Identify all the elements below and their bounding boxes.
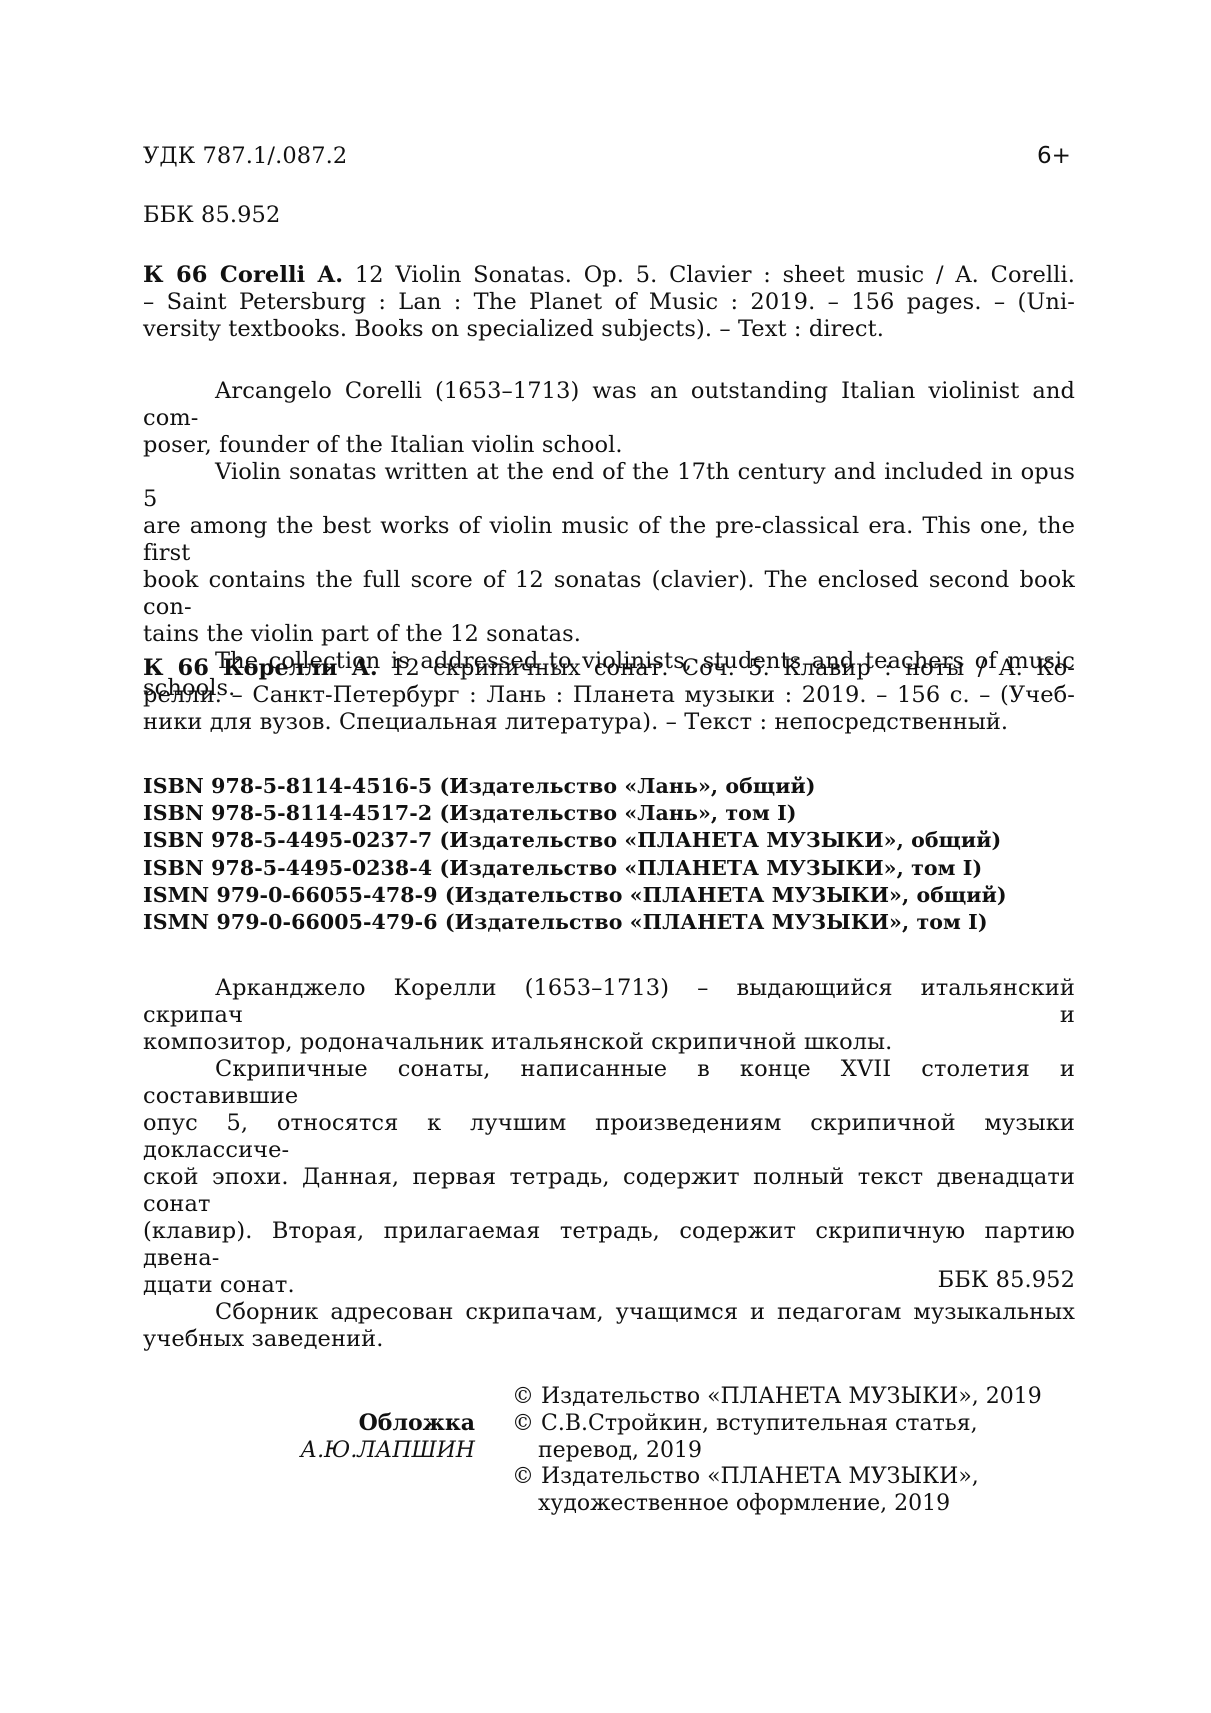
record-text: 12 скрипичных сонат. Соч. 5. Клавир : но… bbox=[378, 655, 1075, 681]
english-annotation-line: Violin sonatas written at the end of the… bbox=[143, 459, 1075, 513]
record-text: релли. – Санкт-Петербург : Лань : Планет… bbox=[143, 682, 1075, 708]
english-annotation: Arcangelo Corelli (1653–1713) was an out… bbox=[143, 378, 1075, 702]
russian-annotation-line: композитор, родоначальник итальянской ск… bbox=[143, 1029, 1075, 1056]
russian-annotation-line: опус 5, относятся к лучшим произведениям… bbox=[143, 1110, 1075, 1164]
isbn-entry: ISMN 979-0-66005-479-6 (Издательство «ПЛ… bbox=[143, 909, 1075, 936]
cover-designer-name: А.Ю.ЛАПШИН bbox=[290, 1437, 475, 1464]
russian-annotation-line: Сборник адресован скрипачам, учащимся и … bbox=[143, 1299, 1075, 1326]
record-text: ники для вузов. Специальная литература).… bbox=[143, 709, 1008, 735]
english-record-line: versity textbooks. Books on specialized … bbox=[143, 316, 1075, 343]
udc-code: УДК 787.1/.087.2 bbox=[143, 143, 347, 170]
record-text: – Saint Petersburg : Lan : The Planet of… bbox=[143, 289, 1075, 315]
english-annotation-line: tains the violin part of the 12 sonatas. bbox=[143, 621, 1075, 648]
russian-record-line: релли. – Санкт-Петербург : Лань : Планет… bbox=[143, 682, 1075, 709]
footer-bbk-code: ББК 85.952 bbox=[938, 1267, 1075, 1294]
cover-credit: Обложка А.Ю.ЛАПШИН bbox=[290, 1410, 475, 1464]
english-record-line: К 66 Corelli A. 12 Violin Sonatas. Op. 5… bbox=[143, 262, 1075, 289]
russian-annotation: Арканджело Корелли (1653–1713) – выдающи… bbox=[143, 975, 1075, 1353]
russian-annotation-line: ской эпохи. Данная, первая тетрадь, соде… bbox=[143, 1164, 1075, 1218]
russian-annotation-line: Арканджело Корелли (1653–1713) – выдающи… bbox=[143, 975, 1075, 1029]
english-annotation-line: Arcangelo Corelli (1653–1713) was an out… bbox=[143, 378, 1075, 432]
copyright-block: © Издательство «ПЛАНЕТА МУЗЫКИ», 2019© С… bbox=[512, 1384, 1042, 1518]
russian-bibliographic-record: К 66 Корелли А. 12 скрипичных сонат. Соч… bbox=[143, 655, 1075, 736]
record-text: versity textbooks. Books on specialized … bbox=[143, 316, 884, 342]
russian-annotation-line: учебных заведений. bbox=[143, 1326, 1075, 1353]
english-annotation-line: book contains the full score of 12 sonat… bbox=[143, 567, 1075, 621]
record-heading: К 66 Corelli A. bbox=[143, 262, 343, 288]
isbn-entry: ISBN 978-5-8114-4516-5 (Издательство «Ла… bbox=[143, 773, 1075, 800]
isbn-entry: ISBN 978-5-8114-4517-2 (Издательство «Ла… bbox=[143, 800, 1075, 827]
english-bibliographic-record: К 66 Corelli A. 12 Violin Sonatas. Op. 5… bbox=[143, 262, 1075, 343]
english-record-line: – Saint Petersburg : Lan : The Planet of… bbox=[143, 289, 1075, 316]
english-annotation-line: poser, founder of the Italian violin sch… bbox=[143, 432, 1075, 459]
english-annotation-line: are among the best works of violin music… bbox=[143, 513, 1075, 567]
russian-record-line: ники для вузов. Специальная литература).… bbox=[143, 709, 1075, 736]
russian-record-line: К 66 Корелли А. 12 скрипичных сонат. Соч… bbox=[143, 655, 1075, 682]
record-text: 12 Violin Sonatas. Op. 5. Clavier : shee… bbox=[343, 262, 1075, 288]
cover-role: Обложка bbox=[290, 1410, 475, 1437]
russian-annotation-line: (клавир). Вторая, прилагаемая тетрадь, с… bbox=[143, 1218, 1075, 1272]
copyright-line: © Издательство «ПЛАНЕТА МУЗЫКИ», bbox=[512, 1464, 1042, 1491]
bbk-code: ББК 85.952 bbox=[143, 202, 280, 229]
age-rating: 6+ bbox=[1037, 143, 1071, 169]
copyright-continuation: перевод, 2019 bbox=[512, 1438, 1042, 1465]
isbn-entry: ISMN 979-0-66055-478-9 (Издательство «ПЛ… bbox=[143, 882, 1075, 909]
isbn-entry: ISBN 978-5-4495-0237-7 (Издательство «ПЛ… bbox=[143, 827, 1075, 854]
record-heading: К 66 Корелли А. bbox=[143, 655, 378, 681]
copyright-continuation: художественное оформление, 2019 bbox=[512, 1491, 1042, 1518]
russian-annotation-line: дцати сонат. bbox=[143, 1272, 1075, 1299]
copyright-line: © С.В.Стройкин, вступительная статья, bbox=[512, 1411, 1042, 1438]
russian-annotation-line: Скрипичные сонаты, написанные в конце XV… bbox=[143, 1056, 1075, 1110]
isbn-list: ISBN 978-5-8114-4516-5 (Издательство «Ла… bbox=[143, 773, 1075, 936]
isbn-entry: ISBN 978-5-4495-0238-4 (Издательство «ПЛ… bbox=[143, 855, 1075, 882]
copyright-line: © Издательство «ПЛАНЕТА МУЗЫКИ», 2019 bbox=[512, 1384, 1042, 1411]
